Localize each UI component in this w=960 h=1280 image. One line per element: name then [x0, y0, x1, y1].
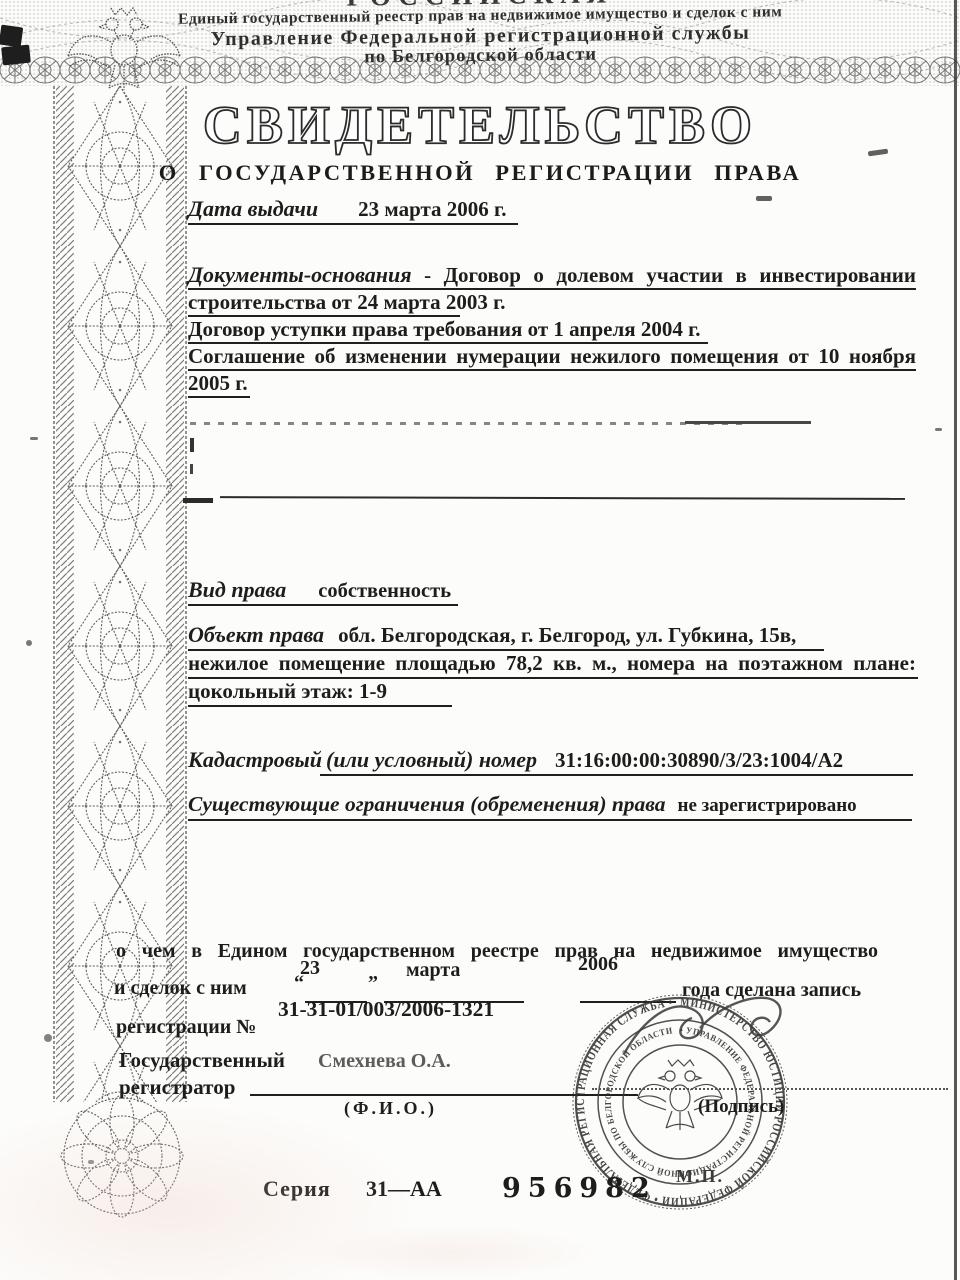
eagle-emblem-icon [56, 0, 190, 96]
scan-tint [300, 1225, 600, 1280]
series-code: 31—АА [366, 1176, 442, 1202]
right-type-row: Вид права собственность [188, 577, 451, 603]
signature-caption: (Подпись) [698, 1096, 784, 1118]
scan-artifact [30, 437, 38, 440]
right-object-line1-text: обл. Белгородская, г. Белгород, ул. Губк… [338, 623, 796, 647]
scan-artifact [935, 428, 942, 431]
basis-docs-line3: Договор уступки права требования от 1 ап… [188, 317, 916, 342]
basis-docs-line2: строительства от 24 марта 2003 г. [188, 290, 916, 315]
record-line3: регистрации № [116, 1016, 256, 1039]
record-month: марта [406, 959, 460, 982]
record-line2-prefix: и сделок с ним [114, 977, 247, 1000]
registration-number: 31-31-01/003/2006-1321 [278, 997, 494, 1022]
underline [188, 396, 250, 398]
fio-caption: (Ф.И.О.) [344, 1098, 437, 1119]
blank-subject-line [220, 496, 905, 500]
right-type-value: собственность [318, 580, 451, 602]
basis-docs-line1: Документы-основания - Договор о долевом … [188, 262, 916, 288]
dash: - [424, 263, 431, 287]
erased-text-traces [190, 422, 750, 425]
scan-artifact [0, 25, 23, 48]
right-object-label: Объект права [188, 622, 324, 647]
basis-docs-label: Документы-основания [188, 262, 412, 287]
right-object-line2: нежилое помещение площадью 78,2 кв. м., … [188, 651, 916, 676]
seal-eagle-icon [638, 1060, 722, 1130]
scan-artifact [88, 1160, 94, 1164]
record-line1: о чем в Едином государственном реестре п… [116, 940, 878, 963]
underline [188, 604, 458, 606]
record-year: 2006 [578, 953, 618, 976]
scan-edge-line [954, 0, 957, 1280]
right-type-label: Вид права [188, 577, 286, 602]
issue-date-value: 23 марта 2006 г. [358, 197, 506, 221]
cadastral-label: Кадастровый [188, 747, 322, 772]
scan-artifact [756, 196, 772, 201]
scan-artifact [190, 438, 194, 452]
issue-date-row: Дата выдачи 23 марта 2006 г. [188, 196, 506, 222]
underline [188, 705, 452, 707]
document-subtitle: О ГОСУДАРСТВЕННОЙ РЕГИСТРАЦИИ ПРАВА [0, 160, 960, 186]
series-label: Серия [263, 1176, 331, 1202]
right-object-line1: Объект права обл. Белгородская, г. Белго… [188, 622, 916, 648]
registrar-label-line2: регистратор [119, 1075, 235, 1100]
scan-artifact [44, 1034, 52, 1042]
basis-docs-line1-text: Договор о долевом участии в инвестирован… [444, 263, 916, 287]
underline [188, 819, 912, 821]
scan-artifact [26, 640, 32, 646]
underline [320, 774, 913, 776]
certificate-document: РОССИЙСКАЯ Единый государственный реестр… [0, 0, 960, 1280]
cadastral-label-2: (или условный) номер [326, 747, 537, 772]
restrictions-row: Существующие ограничения (обременения) п… [188, 792, 918, 817]
basis-docs-line5: 2005 г. [188, 371, 916, 396]
quote-open: “ [294, 972, 304, 995]
issue-date-label: Дата выдачи [188, 196, 318, 221]
registrar-name: Смехнева О.А. [318, 1050, 451, 1073]
cadastral-row: Кадастровый (или условный) номер 31:16:0… [188, 747, 918, 773]
underline [188, 223, 518, 225]
erased-underline-fragment [685, 421, 811, 424]
quote-close: ” [368, 972, 378, 995]
right-object-line3: цокольный этаж: 1-9 [188, 679, 916, 704]
scan-artifact [190, 464, 193, 474]
signature-dotted-line [592, 1088, 948, 1090]
rosette-ornament-icon [40, 1092, 204, 1222]
scan-artifact [1, 45, 31, 66]
stamp-place-caption: М.П. [676, 1166, 724, 1186]
scan-artifact [183, 498, 213, 503]
restrictions-label: Существующие ограничения (обременения) п… [188, 792, 666, 816]
restrictions-value: не зарегистрировано [678, 795, 857, 816]
document-title: СВИДЕТЕЛЬСТВО [0, 94, 960, 156]
basis-docs-line4: Соглашение об изменении нумерации нежило… [188, 344, 916, 369]
cadastral-value: 31:16:00:00:30890/3/23:1004/А2 [555, 748, 843, 772]
registrar-label-line1: Государственный [119, 1048, 285, 1073]
series-number: 956982 [502, 1173, 657, 1204]
